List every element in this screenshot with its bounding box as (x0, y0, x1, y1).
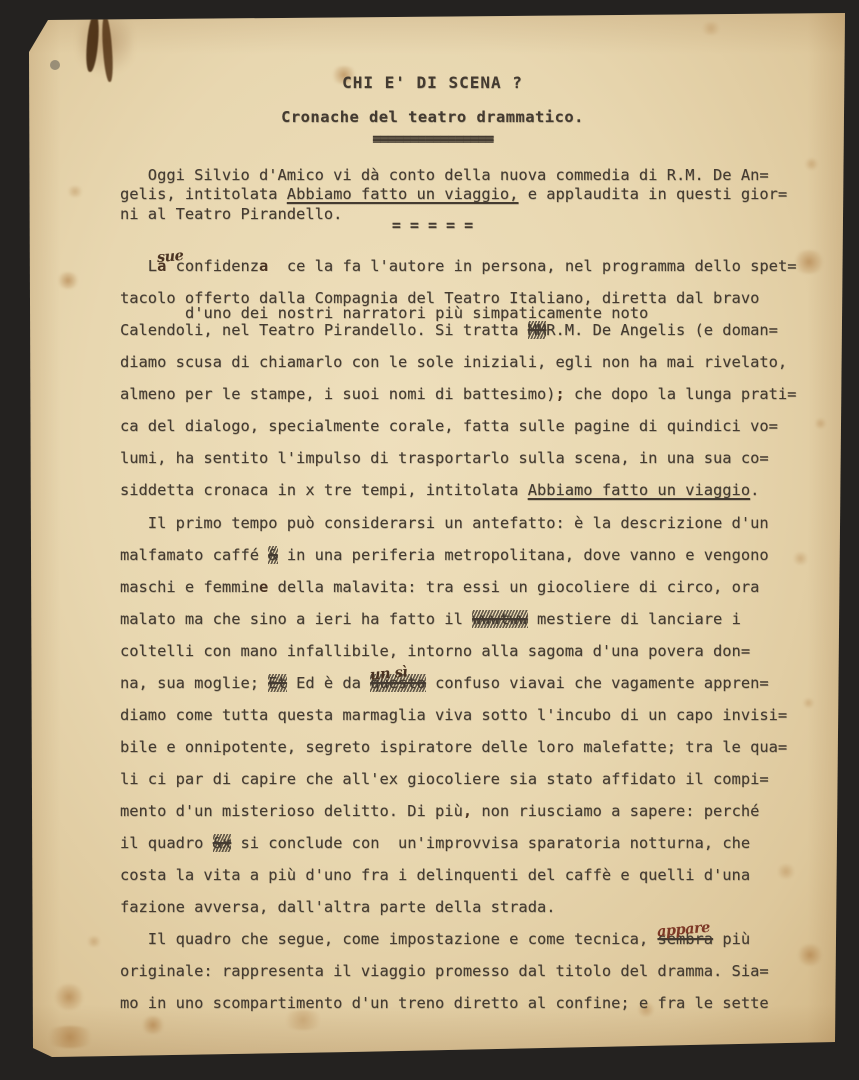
text-segment: . (750, 481, 759, 499)
text-segment: diamo scusa di chiamarlo con le sole ini… (120, 353, 787, 371)
text-line: originale: rappresenta il viaggio promes… (120, 955, 825, 987)
text-segment: costa la vita a più d'uno fra i delinque… (120, 866, 750, 884)
text-segment: & (268, 546, 277, 564)
foxing-spot (52, 984, 86, 1010)
text-segment: ca del dialogo, specialmente corale, fat… (120, 417, 778, 435)
text-line: mo in uno scompartimento d'un treno dire… (120, 987, 825, 1019)
text-line: malfamato caffé & in una periferia metro… (120, 539, 825, 571)
document-subtitle: Cronache del teatro drammatico. (120, 108, 745, 126)
text-segment: Il primo tempo può considerarsi un antef… (120, 514, 769, 532)
text-segment: della malavita: tra essi un giocoliere d… (268, 578, 759, 596)
text-line: costa la vita a più d'uno fra i delinque… (120, 859, 825, 891)
text-segment: Abbiamo fatto un viaggio, (287, 185, 519, 203)
text-line: il quadro &x si conclude con un'improvvi… (120, 827, 825, 859)
text-segment: siddetta cronaca in x tre tempi, intitol… (120, 481, 528, 499)
text-segment: MM (528, 321, 547, 339)
rust-stain (84, 14, 100, 73)
text-line: Il primo tempo può considerarsi un antef… (120, 507, 825, 539)
text-line: mento d'un misterioso delitto. Di più, n… (120, 795, 825, 827)
text-segment: e applaudita in questi gior= (518, 185, 787, 203)
text-segment: malfamato caffé (120, 546, 268, 564)
text-segment: fazione avversa, dall'altra parte della … (120, 898, 556, 916)
text-segment: confidenz (166, 257, 259, 275)
text-segment: Oggi Silvio d'Amico vi dà conto della nu… (120, 166, 769, 184)
body-text: d'uno dei nostri narratori più simpatica… (120, 250, 825, 1020)
text-segment: Abbiamo fatto un viaggio (528, 481, 750, 499)
text-segment: in una periferia metropolitana, dove van… (278, 546, 769, 564)
document-title: CHI E' DI SCENA ? (120, 73, 745, 92)
section-separator: = = = = = (120, 216, 745, 234)
text-line: fazione avversa, dall'altra parte della … (120, 891, 825, 923)
gray-spot (50, 60, 60, 70)
text-segment: , (463, 802, 472, 820)
text-segment: almeno per le stampe, i suoi nomi di bat… (120, 385, 556, 403)
text-segment: bile e onnipotente, segreto ispiratore d… (120, 738, 787, 756)
text-line: coltelli con mano infallibile, intorno a… (120, 635, 825, 667)
text-line: diamo scusa di chiamarlo con le sole ini… (120, 346, 825, 378)
scan-background: CHI E' DI SCENA ? Cronache del teatro dr… (0, 0, 859, 1080)
text-segment: li ci par di capire che all'ex giocolier… (120, 770, 769, 788)
text-segment: ; (556, 385, 565, 403)
text-line: Oggi Silvio d'Amico vi dà conto della nu… (120, 166, 820, 185)
foxing-spot (700, 22, 722, 35)
text-segment: Et (268, 674, 287, 692)
text-segment: maschi e femmin (120, 578, 259, 596)
title-underline-rule: ================ (120, 129, 745, 147)
text-line: lumi, ha sentito l'impulso di trasportar… (120, 442, 825, 474)
text-segment: L (120, 257, 157, 275)
text-line: na, sua moglie; Et Ed è da questoun sì c… (120, 667, 825, 699)
text-segment: Calendoli, nel Teatro Pirandello. Si tra… (120, 321, 528, 339)
text-line: bile e onnipotente, segreto ispiratore d… (120, 731, 825, 763)
text-line: almeno per le stampe, i suoi nomi di bat… (120, 378, 825, 410)
rust-stain (78, 6, 132, 80)
text-segment: mestiere di lanciare i (528, 610, 741, 628)
text-line: diamo come tutta questa marmaglia viva s… (120, 699, 825, 731)
text-line: ca del dialogo, specialmente corale, fat… (120, 410, 825, 442)
text-segment: Ed è da (287, 674, 370, 692)
text-segment: originale: rappresenta il viaggio promes… (120, 962, 769, 980)
text-segment: coltelli con mano infallibile, intorno a… (120, 642, 750, 660)
text-line: maschi e femmine della malavita: tra ess… (120, 571, 825, 603)
text-segment: più (713, 930, 750, 948)
text-line: Il quadro che segue, come impostazione e… (120, 923, 825, 955)
text-segment: na, sua moglie; (120, 674, 268, 692)
text-segment: mento d'un misterioso delitto. Di più (120, 802, 463, 820)
text-line: Lasue confidenza ce la fa l'autore in pe… (120, 250, 825, 282)
text-segment: &x (213, 834, 232, 852)
text-segment: lumi, ha sentito l'impulso di trasportar… (120, 449, 769, 467)
text-line: siddetta cronaca in x tre tempi, intitol… (120, 474, 825, 506)
text-line: gelis, intitolata Abbiamo fatto un viagg… (120, 185, 820, 204)
text-segment: il quadro (120, 834, 213, 852)
interlinear-insertion: d'uno dei nostri narratori più simpatica… (185, 305, 648, 321)
text-segment: malato ma che sino a ieri ha fatto il (120, 610, 472, 628)
text-segment: non riusciamo a sapere: perché (472, 802, 759, 820)
text-segment: diamo come tutta questa marmaglia viva s… (120, 706, 787, 724)
text-segment: si conclude con un'improvvisa sparatoria… (231, 834, 750, 852)
text-segment: tacolo offerto dalla Compagnia del Teatr… (120, 289, 759, 307)
handwritten-annotation: un sì (369, 656, 409, 691)
text-segment: ce la fa l'autore in persona, nel progra… (268, 257, 796, 275)
foxing-spot (56, 272, 80, 289)
text-segment: wwwtww (472, 610, 528, 628)
text-segment: questoun sì (370, 674, 426, 692)
foxing-spot (86, 936, 102, 947)
text-line: malato ma che sino a ieri ha fatto il ww… (120, 603, 825, 635)
text-segment: e (259, 578, 268, 596)
text-segment: gelis, intitolata (120, 185, 287, 203)
foxing-spot (66, 186, 84, 197)
text-segment: sembraappare (657, 930, 713, 948)
text-line: li ci par di capire che all'ex giocolier… (120, 763, 825, 795)
text-segment: Il quadro che segue, come impostazione e… (120, 930, 657, 948)
text-segment: R.M. De Angelis (e doman= (546, 321, 778, 339)
document-page: CHI E' DI SCENA ? Cronache del teatro dr… (0, 0, 859, 1080)
text-segment: asue (157, 257, 166, 275)
text-segment: a (259, 257, 268, 275)
foxing-spot (42, 1026, 98, 1048)
text-segment: che dopo la lunga prati= (565, 385, 797, 403)
text-segment: mo in uno scompartimento d'un treno dire… (120, 994, 769, 1012)
text-segment: confuso viavai che vagamente appren= (426, 674, 769, 692)
handwritten-annotation: appare (656, 912, 712, 949)
rust-stain (101, 16, 115, 82)
